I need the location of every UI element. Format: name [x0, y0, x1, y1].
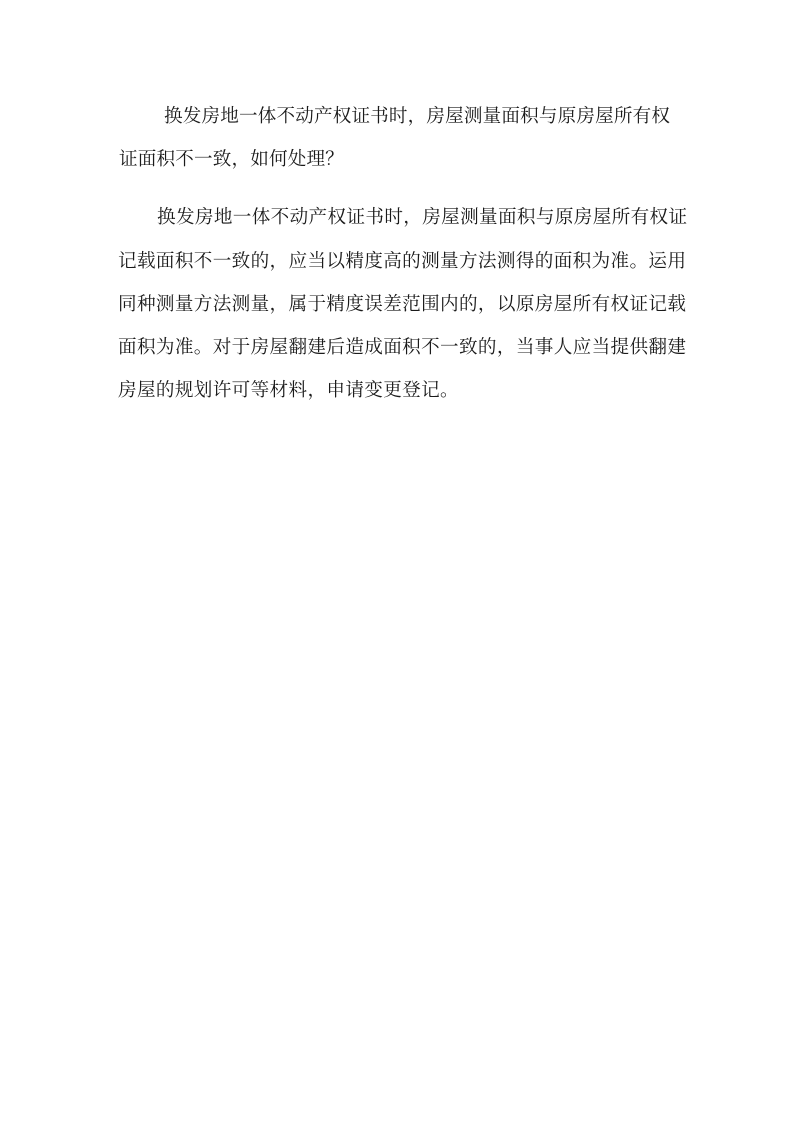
answer-line-3: 同种测量方法测量，属于精度误差范围内的，以原房屋所有权证记载	[118, 293, 686, 317]
answer-line-2: 记载面积不一致的，应当以精度高的测量方法测得的面积为准。运用	[118, 250, 686, 274]
answer-line-1: 换发房地一体不动产权证书时，房屋测量面积与原房屋所有权证	[157, 206, 687, 230]
question-line-2: 证面积不一致，如何处理？	[119, 148, 344, 172]
question-line-1: 换发房地一体不动产权证书时，房屋测量面积与原房屋所有权	[164, 105, 670, 129]
answer-line-4: 面积为准。对于房屋翻建后造成面积不一致的，当事人应当提供翻建	[118, 336, 686, 360]
document-page: 换发房地一体不动产权证书时，房屋测量面积与原房屋所有权 证面积不一致，如何处理？…	[0, 0, 793, 1122]
answer-line-5: 房屋的规划许可等材料，申请变更登记。	[118, 379, 459, 403]
